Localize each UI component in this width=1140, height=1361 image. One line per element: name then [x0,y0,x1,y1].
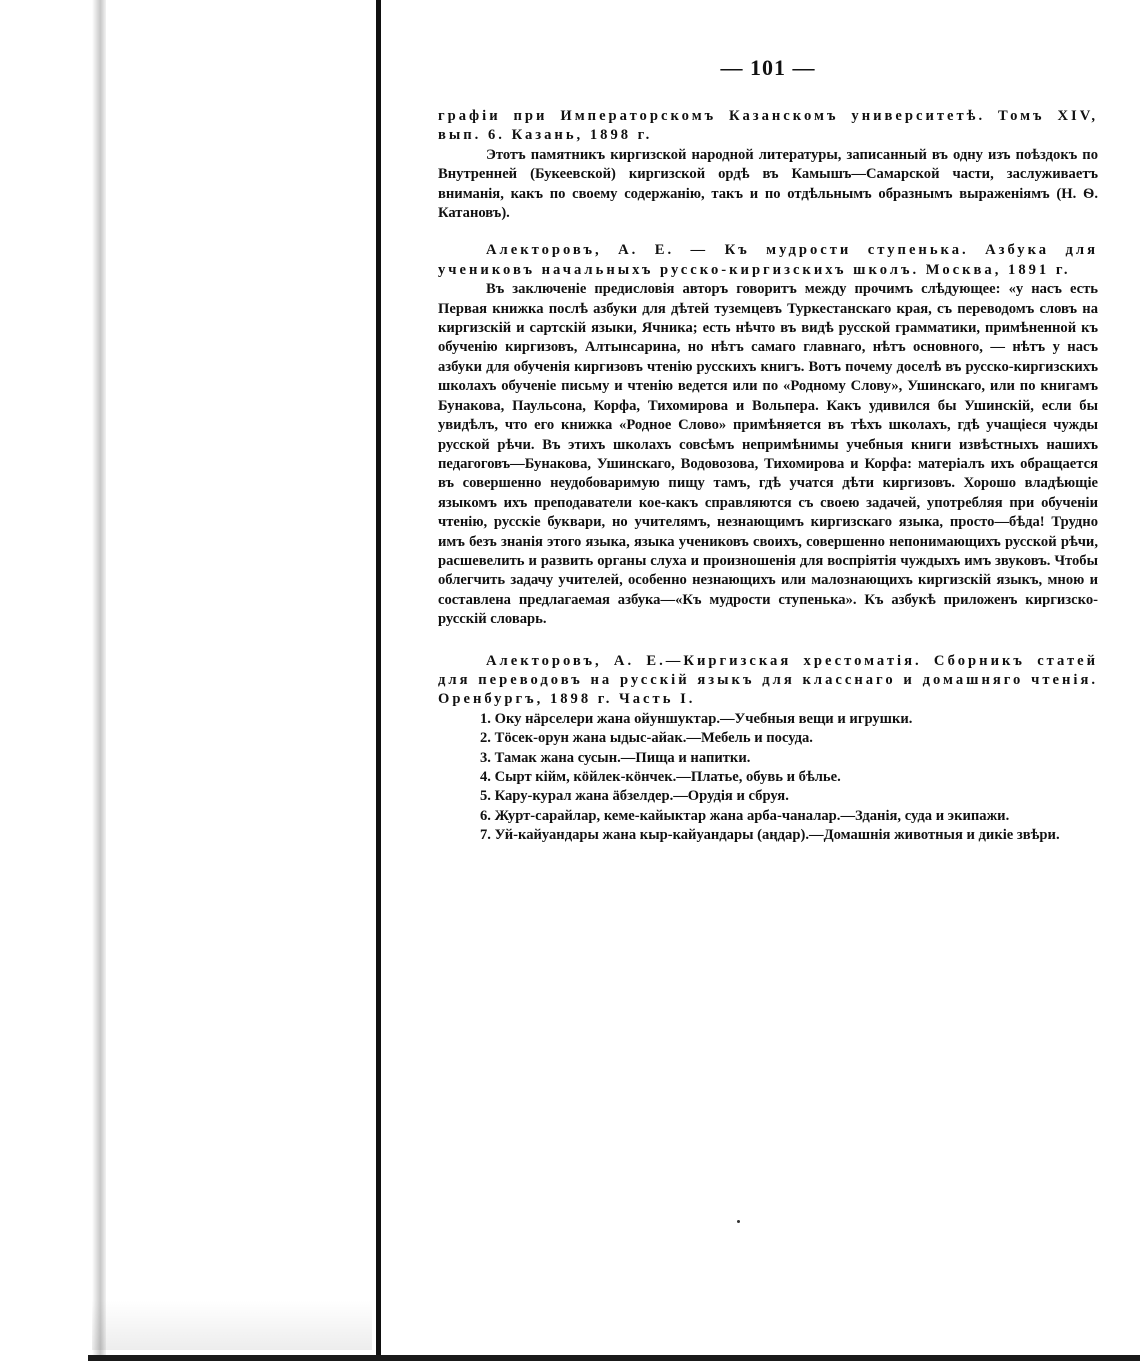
contents-list: 1. Оку нäрселери жана ойуншуктар.—Учебны… [438,710,1098,846]
entry-heading: Алекторовъ, А. Е. — Къ мудрости ступеньк… [438,241,1098,280]
entry-heading: Алекторовъ, А. Е.—Киргизская хрестоматія… [438,652,1098,710]
list-item: 2. Тöсек-орун жана ыдыс-айак.—Мебель и п… [438,729,1098,748]
entry-heading: графіи при Императорскомъ Казанскомъ уни… [438,107,1098,146]
book-spine-line [376,0,381,1358]
bibliography-entry-3: Алекторовъ, А. Е.—Киргизская хрестоматія… [438,652,1098,846]
bibliography-entry-1: графіи при Императорскомъ Казанскомъ уни… [438,107,1098,223]
entry-body: Этотъ памятникъ киргизской народной лите… [438,146,1098,224]
scan-speck [737,1220,740,1223]
scan-bottom-edge [88,1355,1140,1361]
list-item: 6. Журт-сарайлар, кеме-кайыктар жана арб… [438,807,1098,826]
list-item: 5. Кару-курал жана äбзелдер.—Орудія и сб… [438,787,1098,806]
scan-page-edge-shadow [92,0,106,1361]
page-number: — 101 — [438,55,1098,81]
scan-smudge [92,1300,372,1350]
list-item: 1. Оку нäрселери жана ойуншуктар.—Учебны… [438,710,1098,729]
document-page: — 101 — графіи при Императорскомъ Казанс… [438,55,1098,864]
list-item: 7. Уй-кайуандары жана кыр-кайуандары (аң… [438,826,1098,845]
scan-left-margin [0,0,378,1361]
entry-body: Въ заключеніе предисловія авторъ говорит… [438,280,1098,629]
bibliography-entry-2: Алекторовъ, А. Е. — Къ мудрости ступеньк… [438,241,1098,629]
list-item: 3. Тамак жана сусын.—Пища и напитки. [438,749,1098,768]
list-item: 4. Сырт кiйм, кöйлек-кöнчек.—Платье, обу… [438,768,1098,787]
